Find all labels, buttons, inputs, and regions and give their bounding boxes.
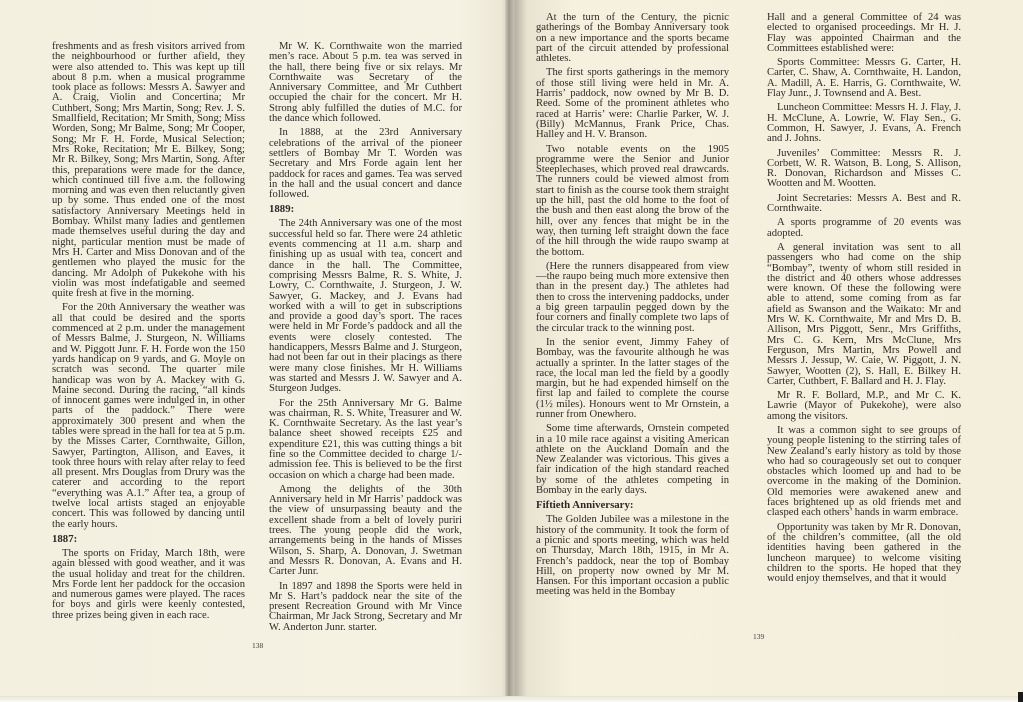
paragraph: For the 25th Anniversary Mr G. Balme was… <box>269 399 462 481</box>
paragraph: The sports on Friday, March 18th, were a… <box>52 549 245 621</box>
left-page: freshments and as fresh visitors arrived… <box>0 0 508 696</box>
paragraph: Mr W. K. Cornthwaite won the married men… <box>269 42 462 124</box>
paragraph: In the senior event, Jimmy Fahey of Bomb… <box>536 338 729 420</box>
paragraph: At the turn of the Century, the picnic g… <box>536 13 729 64</box>
paragraph: Luncheon Committee: Messrs H. J. Flay, J… <box>767 103 961 144</box>
section-heading: 1887: <box>52 534 245 545</box>
paragraph: Two notable events on the 1905 programme… <box>536 145 729 258</box>
paragraph: Mr R. F. Bollard, M.P., and Mr C. K. Law… <box>767 391 961 422</box>
paragraph: Sports Committee: Messrs G. Carter, H. C… <box>767 58 961 99</box>
right-page: At the turn of the Century, the picnic g… <box>512 0 1023 696</box>
paragraph: Joint Secretaries: Messrs A. Best and R.… <box>767 194 961 215</box>
paragraph: The Golden Jubilee was a milestone in th… <box>536 515 729 597</box>
section-heading: Fiftieth Anniversary: <box>536 500 729 511</box>
paragraph: In 1897 and 1898 the Sports were held in… <box>269 582 462 633</box>
paragraph: freshments and as fresh visitors arrived… <box>52 42 245 299</box>
paragraph: Among the delights of the 30th Anniversa… <box>269 485 462 578</box>
paragraph: A general invitation was sent to all pas… <box>767 243 961 387</box>
paragraph: The 24th Anniversary was one of the most… <box>269 219 462 394</box>
page-number-left: 138 <box>252 641 263 650</box>
right-page-column-2: Hall and a general Committee of 24 was e… <box>767 13 961 588</box>
page-bottom-edge <box>0 696 1023 702</box>
section-heading: 1889: <box>269 204 462 215</box>
left-page-column-1: freshments and as fresh visitors arrived… <box>52 42 245 625</box>
paragraph: Some time afterwards, Ornstein competed … <box>536 424 729 496</box>
paragraph: (Here the runners disappeared from view … <box>536 262 729 334</box>
page-number-right: 139 <box>753 632 764 641</box>
paragraph: Juveniles’ Committee: Messrs R. J. Corbe… <box>767 149 961 190</box>
right-page-column-1: At the turn of the Century, the picnic g… <box>536 13 729 602</box>
paragraph: A sports programme of 20 events was adop… <box>767 218 961 239</box>
paragraph: Opportunity was taken by Mr R. Donovan, … <box>767 523 961 585</box>
scan-corner-mark <box>1018 692 1023 702</box>
paragraph: It was a common sight to see groups of y… <box>767 426 961 519</box>
paragraph: The first sports gatherings in the memor… <box>536 68 729 140</box>
paragraph: In 1888, at the 23rd Anniversary celebra… <box>269 128 462 200</box>
left-page-column-2: Mr W. K. Cornthwaite won the married men… <box>269 42 462 637</box>
paragraph: For the 20th Anniversary the weather was… <box>52 303 245 530</box>
paragraph: Hall and a general Committee of 24 was e… <box>767 13 961 54</box>
book-spread: freshments and as fresh visitors arrived… <box>0 0 1023 702</box>
